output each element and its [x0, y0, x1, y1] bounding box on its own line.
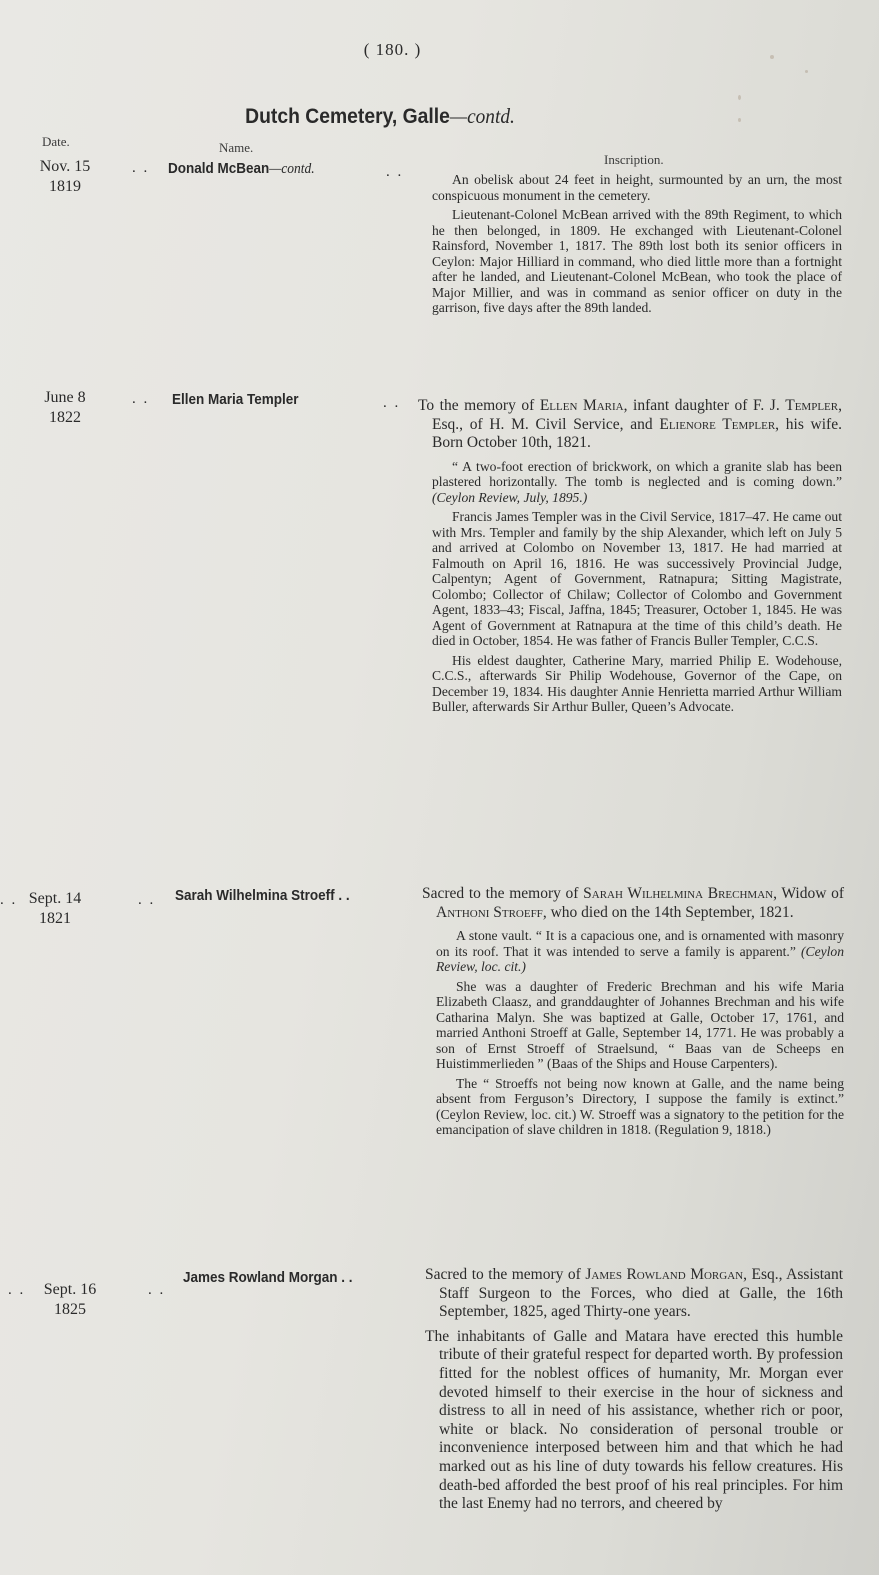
- column-header-date: Date.: [42, 134, 70, 150]
- column-header-inscription: Inscription.: [604, 152, 664, 168]
- page-number: ( 180. ): [0, 40, 785, 60]
- paper-stain: [738, 118, 741, 122]
- entry-date: Sept. 161825: [30, 1280, 110, 1320]
- entry-name: Sarah Wilhelmina Stroeff . .: [175, 887, 350, 904]
- entry-inscription: To the memory of Ellen Maria, infant dau…: [418, 397, 842, 719]
- entry-date: Nov. 151819: [25, 157, 105, 197]
- leader-dots: . .: [148, 1282, 165, 1299]
- entry-name: Ellen Maria Templer: [172, 391, 299, 408]
- leader-dots: . .: [132, 160, 149, 177]
- paper-stain: [805, 70, 808, 73]
- entry-inscription: An obelisk about 24 feet in height, surm…: [432, 172, 842, 320]
- leader-dots: . .: [138, 892, 155, 909]
- leader-dots: . .: [8, 1282, 25, 1299]
- entry-inscription: Sacred to the memory of James Rowland Mo…: [425, 1266, 843, 1520]
- entry-date: Sept. 141821: [15, 889, 95, 929]
- column-header-name: Name.: [219, 140, 253, 156]
- leader-dots: . .: [383, 395, 400, 412]
- paper-stain: [738, 95, 741, 100]
- title-suffix: —contd.: [450, 104, 515, 128]
- entry-inscription: Sacred to the memory of Sarah Wilhelmina…: [422, 885, 844, 1142]
- entry-date: June 81822: [25, 388, 105, 428]
- page-title: Dutch Cemetery, Galle—contd.: [30, 104, 729, 129]
- leader-dots: . .: [132, 391, 149, 408]
- leader-dots: . .: [386, 164, 403, 181]
- entry-name: James Rowland Morgan . .: [183, 1269, 353, 1286]
- entry-name: Donald McBean—contd.: [168, 160, 315, 178]
- paper-stain: [770, 55, 774, 59]
- leader-dots: . .: [0, 892, 17, 909]
